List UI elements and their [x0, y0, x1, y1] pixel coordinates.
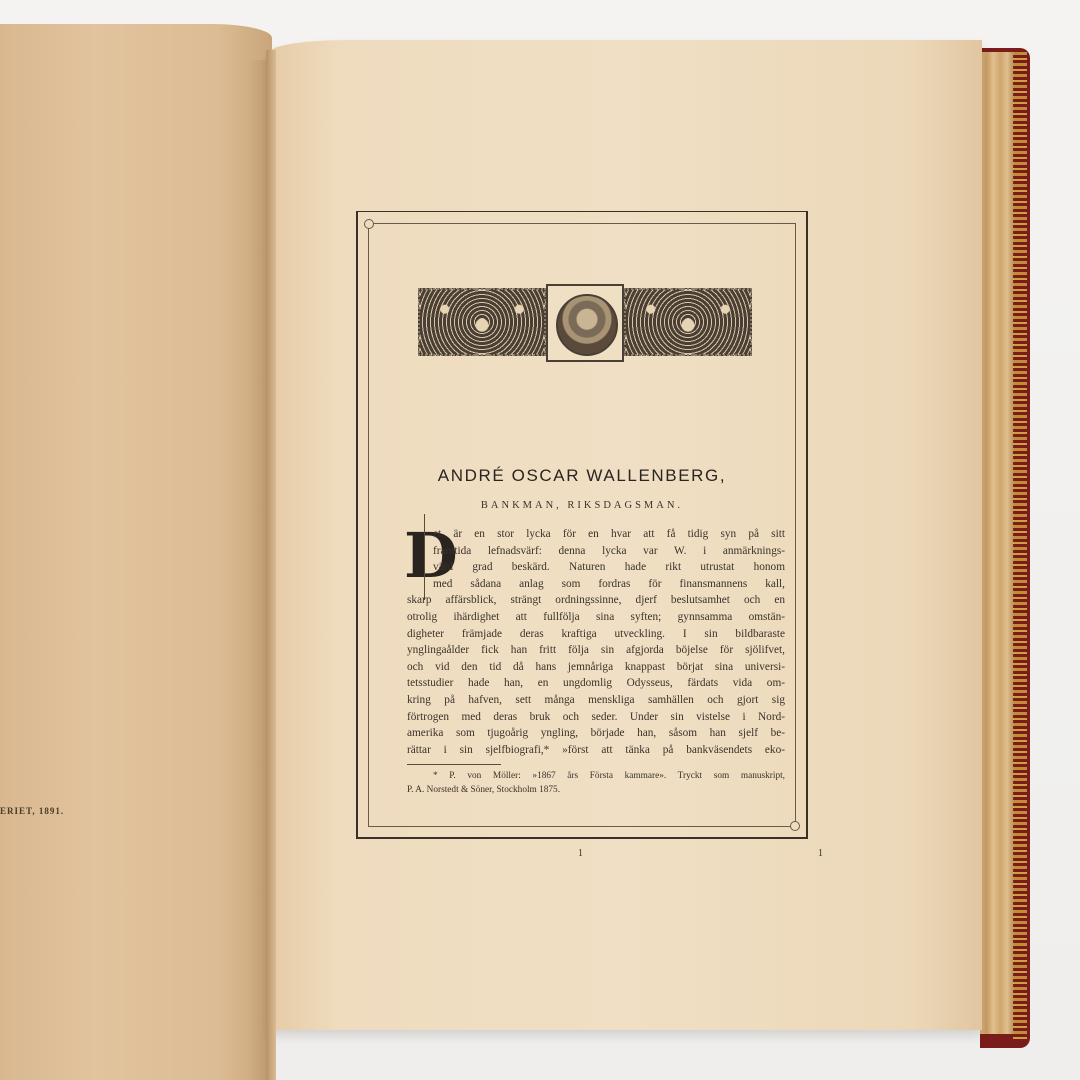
footnote-divider [407, 764, 501, 765]
body-line: amerika som tjugoårig yngling, började h… [407, 725, 785, 742]
footnote-line: P. A. Norstedt & Söner, Stockholm 1875. [407, 783, 785, 797]
page-title: ANDRÉ OSCAR WALLENBERG, [356, 466, 808, 486]
footnote-line: * P. von Möller: »1867 års Första kammar… [407, 769, 785, 783]
page-number: 1 [578, 848, 583, 859]
ornament-foliage-right [624, 288, 752, 356]
body-line: värd grad beskärd. Naturen hade rikt utr… [407, 559, 785, 576]
body-line: otrolig ihärdighet att fullfölja sina sy… [407, 609, 785, 626]
body-line: et är en stor lycka för en hvar att få t… [407, 526, 785, 543]
body-line: digheter främjade deras kraftiga utveckl… [407, 626, 785, 643]
body-line: kring på hafven, sett många menskliga sa… [407, 692, 785, 709]
gilt-border-pattern [1013, 52, 1027, 1042]
body-line: med sådana anlag som fordras för finansm… [407, 576, 785, 593]
book-gutter [266, 50, 276, 1080]
footnote: * P. von Möller: »1867 års Första kammar… [407, 769, 785, 797]
page-subtitle: BANKMAN, RIKSDAGSMAN. [356, 500, 808, 511]
body-text: et är en stor lycka för en hvar att få t… [407, 526, 785, 758]
body-line: ynglingaålder fick han fritt följa sin a… [407, 642, 785, 659]
left-page-caption: ERIET, 1891. [0, 806, 64, 816]
page-edges [980, 52, 1014, 1034]
viking-figure-medallion-icon [556, 294, 618, 356]
left-page: ERIET, 1891. [0, 24, 272, 1080]
body-line: tetsstudier hade han, en ungdomlig Odyss… [407, 675, 785, 692]
body-line: skarp affärsblick, strängt ordningssinne… [407, 592, 785, 609]
page-number-outer: 1 [818, 848, 823, 859]
headpiece-ornament [418, 284, 752, 362]
body-line: förtrogen med deras bruk och seder. Unde… [407, 709, 785, 726]
body-line: framtida lefnadsvärf: denna lycka var W.… [407, 543, 785, 560]
ornament-foliage-left [418, 288, 546, 356]
body-line: rättar i sin sjelfbiografi,* »först att … [407, 742, 785, 759]
body-line: och vid den tid då hans jemnåriga knappa… [407, 659, 785, 676]
ornament-medallion-frame [546, 284, 624, 362]
